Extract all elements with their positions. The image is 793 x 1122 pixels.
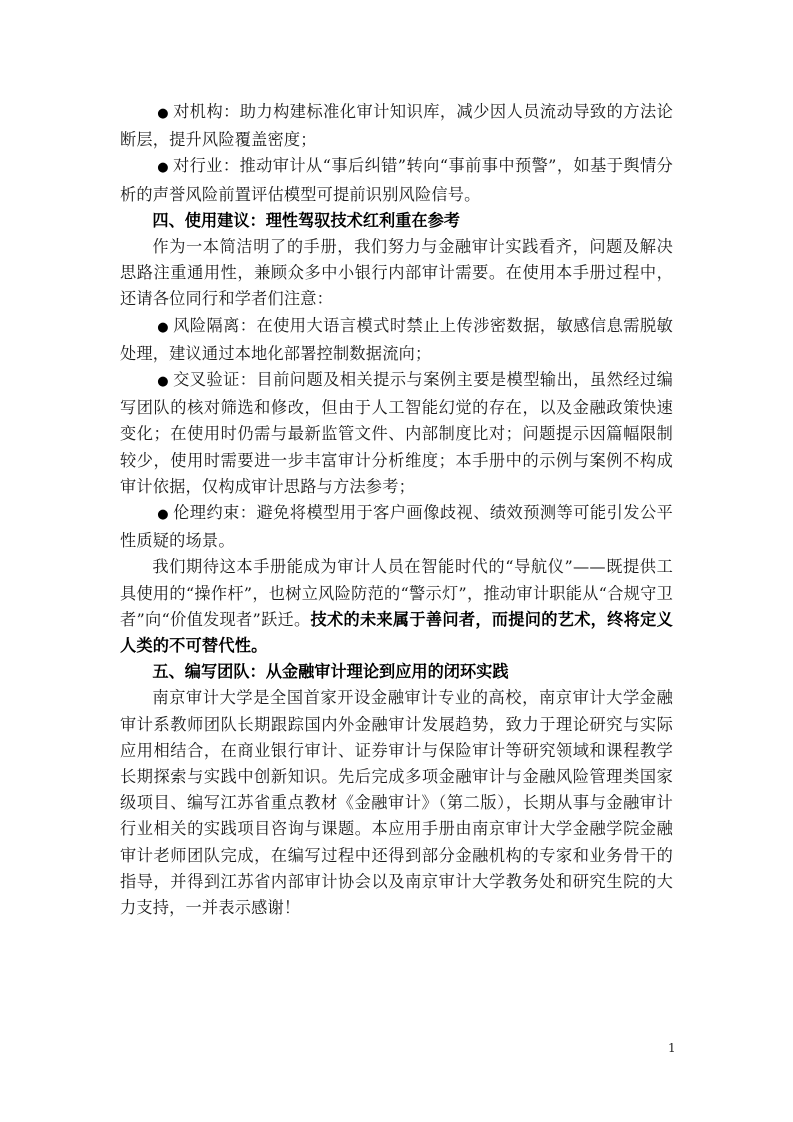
bullet-icon: ● [157, 160, 169, 175]
section4-intro-paragraph: 作为一本简洁明了的手册，我们努力与金融审计实践看齐，问题及解决思路注重通用性，兼… [120, 234, 673, 313]
section-heading-writing-team: 五、编写团队：从金融审计理论到应用的闭环实践 [120, 659, 673, 685]
bullet-icon: ● [157, 106, 169, 121]
document-page: ●对机构：助力构建标准化审计知识库，减少因人员流动导致的方法论断层，提升风险覆盖… [120, 99, 673, 921]
bullet-cross-validation: ●交叉验证：目前问题及相关提示与案例主要是模型输出，虽然经过编写团队的核对筛选和… [120, 367, 673, 500]
section4-closing-paragraph: 我们期待这本手册能成为审计人员在智能时代的“导航仪”——既提供工具使用的“操作杆… [120, 554, 673, 659]
bullet-industry: ●对行业：推动审计从“事后纠错”转向“事前事中预警”，如基于舆情分析的声誉风险前… [120, 153, 673, 207]
section-heading-usage-advice: 四、使用建议：理性驾驭技术红利重在参考 [120, 208, 673, 234]
bullet-icon: ● [157, 374, 169, 389]
bullet-risk-isolation: ●风险隔离：在使用大语言模式时禁止上传涉密数据，敏感信息需脱敏处理，建议通过本地… [120, 313, 673, 367]
bullet-text: 伦理约束：避免将模型用于客户画像歧视、绩效预测等可能引发公平性质疑的场景。 [120, 503, 673, 550]
bullet-text: 对行业：推动审计从“事后纠错”转向“事前事中预警”，如基于舆情分析的声誉风险前置… [120, 156, 673, 203]
bullet-text: 对机构：助力构建标准化审计知识库，减少因人员流动导致的方法论断层，提升风险覆盖密… [120, 102, 673, 149]
page-number: 1 [668, 1041, 676, 1055]
bullet-text: 风险隔离：在使用大语言模式时禁止上传涉密数据，敏感信息需脱敏处理，建议通过本地化… [120, 316, 673, 363]
section5-body-paragraph: 南京审计大学是全国首家开设金融审计专业的高校，南京审计大学金融审计系教师团队长期… [120, 685, 673, 921]
bullet-institution: ●对机构：助力构建标准化审计知识库，减少因人员流动导致的方法论断层，提升风险覆盖… [120, 99, 673, 153]
bullet-icon: ● [157, 320, 169, 335]
bullet-text: 交叉验证：目前问题及相关提示与案例主要是模型输出，虽然经过编写团队的核对筛选和修… [120, 370, 673, 496]
bullet-icon: ● [157, 507, 169, 522]
bullet-ethics: ●伦理约束：避免将模型用于客户画像歧视、绩效预测等可能引发公平性质疑的场景。 [120, 500, 673, 554]
